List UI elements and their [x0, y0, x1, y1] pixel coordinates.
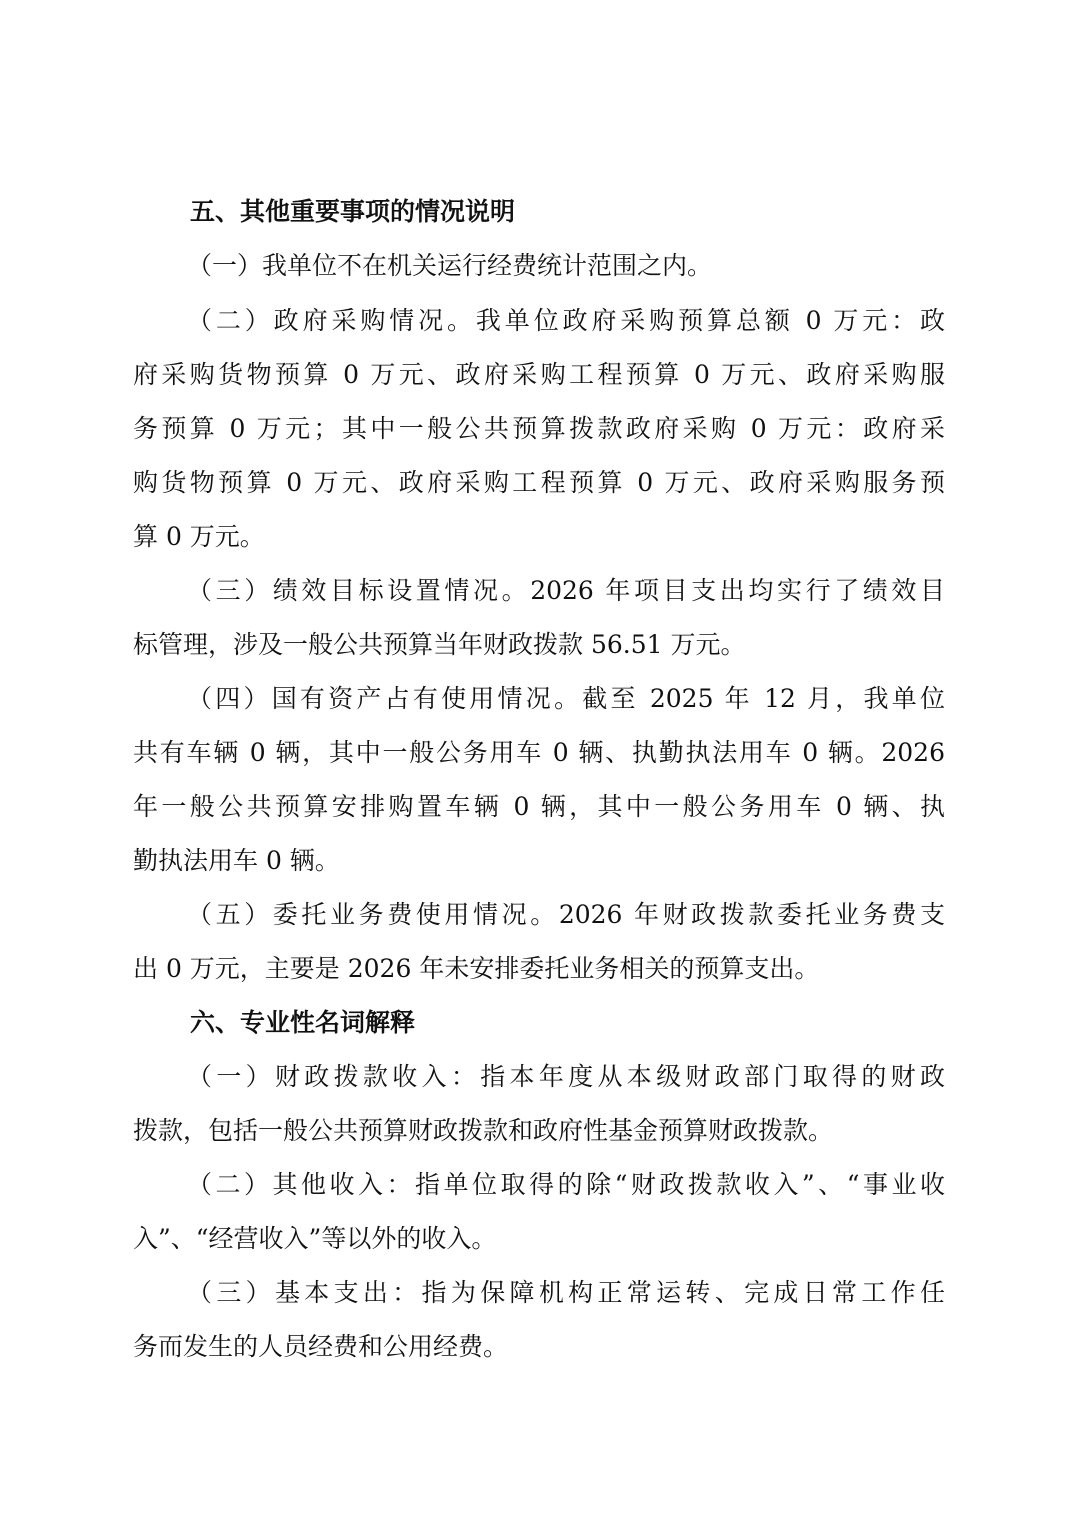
paragraph-4-line-1: （四）国有资产占有使用情况。截至 2025 年 12 月，我单位	[187, 684, 945, 714]
section-heading-other-matters: 五、其他重要事项的情况说明	[190, 197, 515, 227]
definition-2-line-1: （二）其他收入：指单位取得的除“财政拨款收入”、“事业收	[187, 1170, 945, 1200]
section-heading-terminology: 六、专业性名词解释	[190, 1008, 415, 1038]
paragraph-2-line-3: 务预算 0 万元；其中一般公共预算拨款政府采购 0 万元：政府采	[133, 414, 945, 444]
document-page: 五、其他重要事项的情况说明 （一）我单位不在机关运行经费统计范围之内。 （二）政…	[0, 0, 1074, 1520]
paragraph-2-line-2: 府采购货物预算 0 万元、政府采购工程预算 0 万元、政府采购服	[133, 360, 945, 390]
paragraph-1-line-1: （一）我单位不在机关运行经费统计范围之内。	[187, 251, 945, 281]
definition-1-line-1: （一）财政拨款收入：指本年度从本级财政部门取得的财政	[187, 1062, 945, 1092]
definition-3-line-2: 务而发生的人员经费和公用经费。	[133, 1332, 945, 1362]
paragraph-4-line-3: 年一般公共预算安排购置车辆 0 辆，其中一般公务用车 0 辆、执	[133, 792, 945, 822]
paragraph-3-line-1: （三）绩效目标设置情况。2026 年项目支出均实行了绩效目	[187, 576, 945, 606]
paragraph-5-line-2: 出 0 万元，主要是 2026 年未安排委托业务相关的预算支出。	[133, 954, 945, 984]
definition-3-line-1: （三）基本支出：指为保障机构正常运转、完成日常工作任	[187, 1278, 945, 1308]
paragraph-4-line-2: 共有车辆 0 辆，其中一般公务用车 0 辆、执勤执法用车 0 辆。2026	[133, 738, 945, 768]
definition-2-line-2: 入”、“经营收入”等以外的收入。	[133, 1224, 945, 1254]
paragraph-2-line-1: （二）政府采购情况。我单位政府采购预算总额 0 万元：政	[187, 306, 945, 336]
paragraph-2-line-5: 算 0 万元。	[133, 522, 945, 552]
paragraph-5-line-1: （五）委托业务费使用情况。2026 年财政拨款委托业务费支	[187, 900, 945, 930]
paragraph-2-line-4: 购货物预算 0 万元、政府采购工程预算 0 万元、政府采购服务预	[133, 468, 945, 498]
paragraph-4-line-4: 勤执法用车 0 辆。	[133, 846, 945, 876]
paragraph-3-line-2: 标管理，涉及一般公共预算当年财政拨款 56.51 万元。	[133, 630, 945, 660]
definition-1-line-2: 拨款，包括一般公共预算财政拨款和政府性基金预算财政拨款。	[133, 1116, 945, 1146]
